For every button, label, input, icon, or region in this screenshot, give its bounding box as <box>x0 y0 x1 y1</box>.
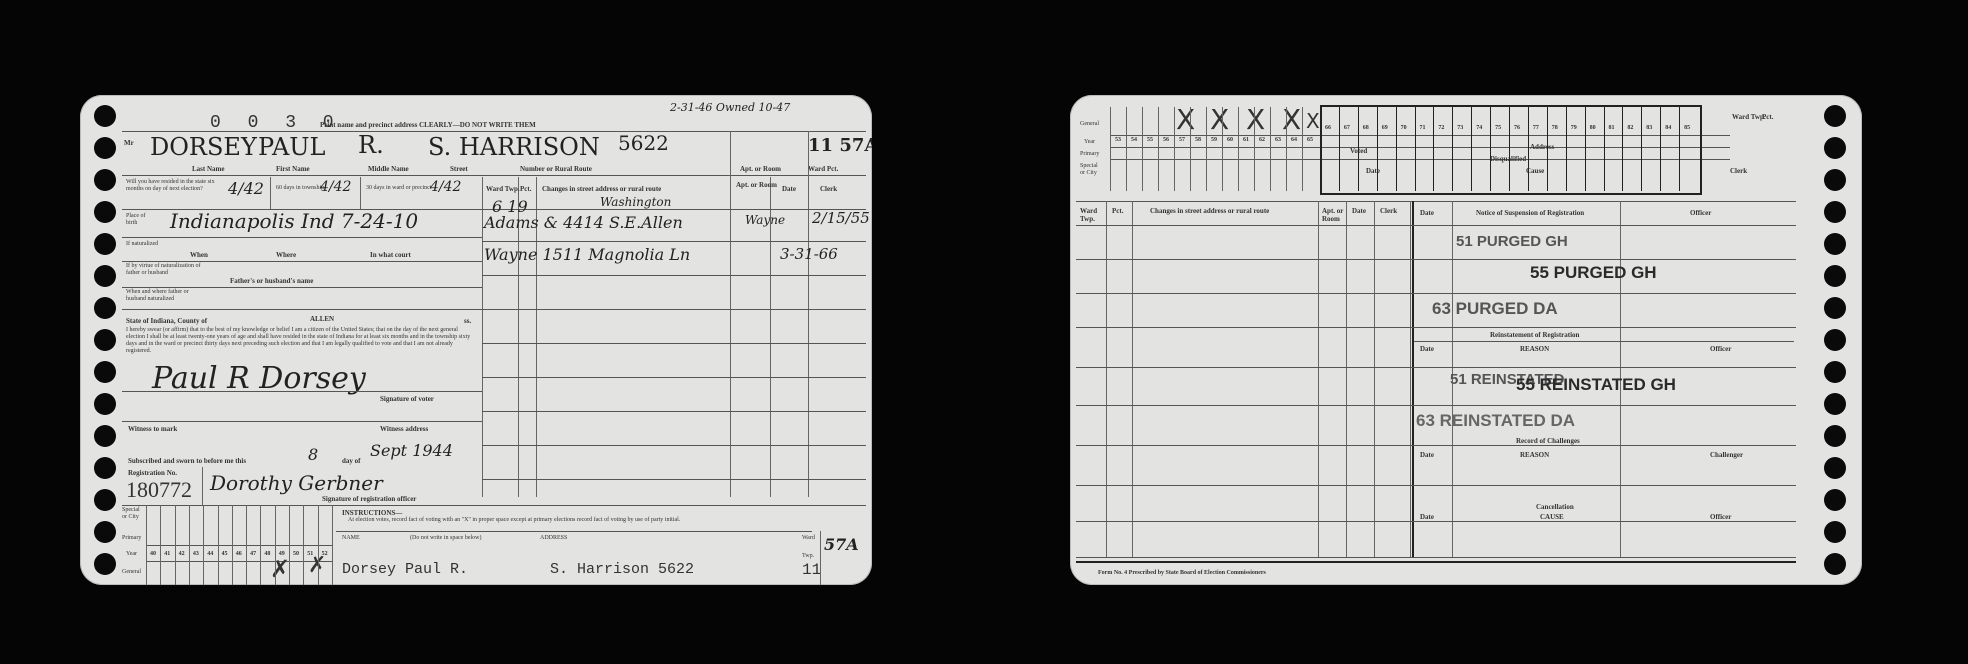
label-name: NAME <box>342 535 360 542</box>
year-cell: 47 <box>246 551 260 557</box>
label-day-of: day of <box>342 457 360 465</box>
suspension-title: Notice of Suspension of Registration <box>1476 209 1584 217</box>
label-middle-name: Middle Name <box>368 165 409 173</box>
year-cell: 61 <box>1238 137 1254 143</box>
house-number: 5622 <box>618 131 669 155</box>
label-clerk: Clerk <box>1730 167 1747 175</box>
instructions-title: INSTRUCTIONS— <box>342 509 402 517</box>
ward-precinct: 11 57A <box>808 135 872 156</box>
year-cell: 85 <box>1679 125 1695 131</box>
registration-card-front: 0 0 3 0 Print name and precinct address … <box>80 95 872 585</box>
year-cell: 48 <box>260 551 274 557</box>
stamp-purged-51: 51 PURGED GH <box>1456 233 1568 250</box>
challenges-challenger-header: Challenger <box>1710 451 1743 459</box>
header-changes: Changes in street address or rural route <box>542 185 661 193</box>
change-1-clerk: 2/15/55 <box>812 209 870 227</box>
label-street: Street <box>450 165 468 173</box>
year-cell: 52 <box>318 551 332 557</box>
first-name: PAUL <box>258 133 325 161</box>
oath-county: ALLEN <box>310 315 334 323</box>
label-fathers-name: Father's or husband's name <box>230 277 313 285</box>
year-cell: 73 <box>1452 125 1468 131</box>
year-cell: 65 <box>1302 137 1318 143</box>
registration-number: 180772 <box>126 477 192 503</box>
row-label-year: Year <box>126 551 137 558</box>
label-officer-signature: Signature of registration officer <box>322 495 416 503</box>
year-cell: 50 <box>289 551 303 557</box>
change-1-date: Wayne <box>745 213 785 227</box>
year-cell: 41 <box>160 551 174 557</box>
year-cell: 53 <box>1110 137 1126 143</box>
vote-mark-58: X <box>1210 103 1229 136</box>
year-cell: 67 <box>1339 125 1355 131</box>
header-apt-room: Apt. or Room <box>736 181 777 189</box>
label-first-name: First Name <box>276 165 310 173</box>
last-name: DORSEY <box>150 133 257 161</box>
note-above-change: Washington <box>600 195 671 209</box>
header-clerk: Clerk <box>820 185 837 193</box>
punch-holes-right <box>1824 105 1848 575</box>
suspension-date-header: Date <box>1420 209 1434 217</box>
year-cell: 44 <box>203 551 217 557</box>
change-header: Apt. or Room <box>1322 207 1348 223</box>
typed-address: S. Harrison 5622 <box>550 561 694 578</box>
label-ward-pct: Ward Pct. <box>808 165 838 173</box>
year-cell: 83 <box>1641 125 1657 131</box>
label-witness-address: Witness address <box>380 425 428 433</box>
cancellation-title: Cancellation <box>1536 503 1574 511</box>
sworn-line: Subscribed and sworn to before me this <box>128 457 246 465</box>
year-cell: 62 <box>1254 137 1270 143</box>
year-cell: 54 <box>1126 137 1142 143</box>
label-ward: Ward <box>802 535 815 542</box>
row-label-special: Special or City <box>1080 163 1104 177</box>
year-cell: 71 <box>1415 125 1431 131</box>
year-cell: 66 <box>1320 125 1336 131</box>
label-when: When <box>190 251 208 259</box>
year-cell: 72 <box>1433 125 1449 131</box>
cancellation-cause-header: CAUSE <box>1540 513 1564 521</box>
year-cell: 82 <box>1622 125 1638 131</box>
state-residency-value: 4/42 <box>228 179 264 198</box>
reinstatement-title: Reinstatement of Registration <box>1490 331 1579 339</box>
label-township: 60 days in township <box>276 185 326 192</box>
typed-name: Dorsey Paul R. <box>342 561 468 578</box>
label-signature: Signature of voter <box>380 395 434 403</box>
year-cell: 81 <box>1604 125 1620 131</box>
year-cell: 46 <box>232 551 246 557</box>
row-label-general: General <box>1080 121 1099 128</box>
year-cell: 56 <box>1158 137 1174 143</box>
label-ward-twp: Ward Twp. <box>1732 113 1766 121</box>
label-twp: Twp. <box>802 553 814 560</box>
punch-holes-left <box>94 105 118 575</box>
year-cell: 43 <box>189 551 203 557</box>
year-cell: 60 <box>1222 137 1238 143</box>
oath-state-line: State of Indiana, County of <box>126 317 207 325</box>
year-cell: 69 <box>1377 125 1393 131</box>
cancellation-officer-header: Officer <box>1710 513 1731 521</box>
label-last-name: Last Name <box>192 165 224 173</box>
year-cell: 78 <box>1547 125 1563 131</box>
top-note: 2-31-46 Owned 10-47 <box>670 101 790 114</box>
year-cell: 75 <box>1490 125 1506 131</box>
cancellation-date-header: Date <box>1420 513 1434 521</box>
year-cell: 64 <box>1286 137 1302 143</box>
row-label-general: General <box>122 569 141 576</box>
year-cell: 68 <box>1358 125 1374 131</box>
row-label-special: Special or City <box>122 507 144 521</box>
middle-name: R. <box>358 131 384 159</box>
challenges-reason-header: REASON <box>1520 451 1549 459</box>
stamp-purged-55: 55 PURGED GH <box>1530 263 1657 283</box>
stamp-purged-63: 63 PURGED DA <box>1432 299 1558 319</box>
year-cell: 77 <box>1528 125 1544 131</box>
form-footer: Form No. 4 Prescribed by State Board of … <box>1098 569 1266 577</box>
label-court: In what court <box>370 251 411 259</box>
year-cell: 42 <box>175 551 189 557</box>
pct-mark: 57A <box>824 535 859 554</box>
change-header: Ward Twp. <box>1080 207 1106 223</box>
change-header: Pct. <box>1112 207 1138 215</box>
typed-ward: 11 <box>802 561 821 579</box>
reinstatement-date-header: Date <box>1420 345 1434 353</box>
year-cell: 79 <box>1566 125 1582 131</box>
label-naturalized: If naturalized <box>126 241 166 248</box>
label-address: ADDRESS <box>540 535 567 542</box>
header-instruction: Print name and precinct address CLEARLY—… <box>320 121 536 129</box>
reinstatement-reason-header: REASON <box>1520 345 1549 353</box>
year-cell: 40 <box>146 551 160 557</box>
year-cell: 49 <box>275 551 289 557</box>
label-address: Address <box>1530 143 1554 151</box>
vote-mark-60: X <box>1246 103 1265 136</box>
year-cell: 59 <box>1206 137 1222 143</box>
sworn-month-year: Sept 1944 <box>370 441 453 460</box>
registration-card-back: General Year Primary Special or City X X… <box>1070 95 1862 585</box>
label-pct: Pct. <box>1762 113 1773 121</box>
year-cell: 84 <box>1660 125 1676 131</box>
header-pct: Pct. <box>520 185 531 193</box>
label-no-write: (Do not write in space below) <box>410 535 481 542</box>
year-cell: 80 <box>1585 125 1601 131</box>
instructions-text: At election votes, record fact of voting… <box>348 517 808 524</box>
change-2-clerk: 3-31-66 <box>780 245 838 263</box>
row-label-year: Year <box>1084 139 1095 146</box>
label-where: Where <box>276 251 296 259</box>
sworn-day: 8 <box>308 445 318 464</box>
change-header: Changes in street address or rural route <box>1150 207 1269 215</box>
label-when-where-father: When and where father or husband natural… <box>126 289 206 303</box>
ward-days-value: 4/42 <box>430 179 461 195</box>
vote-mark-63: X <box>1282 103 1301 136</box>
street: S. HARRISON <box>428 133 600 161</box>
year-cell: 74 <box>1471 125 1487 131</box>
change-header: Clerk <box>1380 207 1406 215</box>
stamp-reinstated-55: 55 REINSTATED GH <box>1516 375 1676 395</box>
vote-mark: ✗ <box>270 555 290 583</box>
year-cell: 57 <box>1174 137 1190 143</box>
change-2-address: Wayne 1511 Magnolia Ln <box>484 245 690 264</box>
challenges-title: Record of Challenges <box>1516 437 1580 445</box>
year-cell: 51 <box>303 551 317 557</box>
header-ward-twp: Ward Twp. <box>486 185 520 193</box>
vote-mark-64: X <box>1306 109 1320 133</box>
label-ward-days: 30 days in ward or precinct <box>366 185 436 192</box>
row-label-primary: Primary <box>122 535 141 542</box>
label-state-residency: Will you have resided in the state six m… <box>126 179 221 193</box>
row-label-primary: Primary <box>1080 151 1099 158</box>
label-by-virtue: If by virtue of naturalization of father… <box>126 263 206 277</box>
challenges-date-header: Date <box>1420 451 1434 459</box>
oath-text: I hereby swear (or affirm) that to the b… <box>126 327 476 355</box>
suspension-officer-header: Officer <box>1690 209 1711 217</box>
year-cell: 70 <box>1396 125 1412 131</box>
label-witness: Witness to mark <box>128 425 177 433</box>
label-reg-no: Registration No. <box>128 469 177 477</box>
township-value: 4/42 <box>320 179 351 195</box>
year-cell: 76 <box>1509 125 1525 131</box>
officer-signature: Dorothy Gerbner <box>210 471 383 495</box>
vote-mark-56: X <box>1176 103 1195 136</box>
change-header: Date <box>1352 207 1378 215</box>
year-cell: 55 <box>1142 137 1158 143</box>
title-prefix: Mr <box>124 139 134 147</box>
label-apt: Apt. or Room <box>740 165 781 173</box>
change-1-address: Adams & 4414 S.E.Allen <box>484 213 683 232</box>
year-cell: 45 <box>218 551 232 557</box>
year-cell: 58 <box>1190 137 1206 143</box>
birthplace-value: Indianapolis Ind 7-24-10 <box>170 209 418 233</box>
year-cell: 63 <box>1270 137 1286 143</box>
label-birthplace: Place of birth <box>126 213 156 227</box>
header-date: Date <box>782 185 796 193</box>
stamp-reinstated-63: 63 REINSTATED DA <box>1416 411 1575 431</box>
label-date: Date <box>1366 167 1380 175</box>
label-number: Number or Rural Route <box>520 165 592 173</box>
reinstatement-officer-header: Officer <box>1710 345 1731 353</box>
oath-ss: ss. <box>464 317 471 325</box>
